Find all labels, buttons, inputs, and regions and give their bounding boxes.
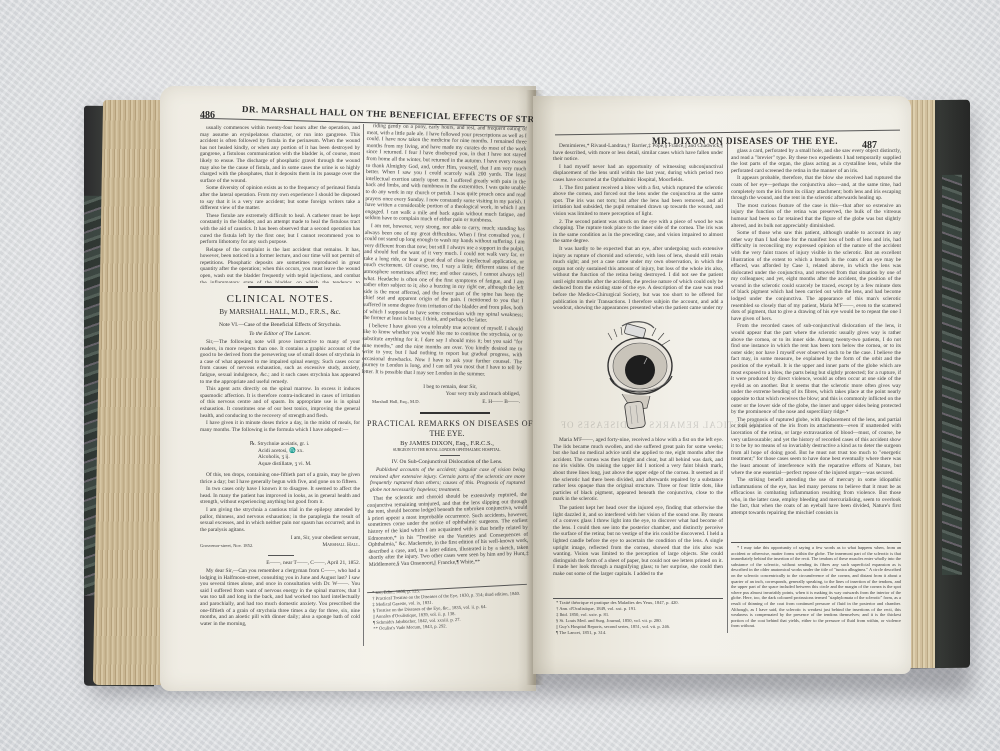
column-divider [727, 143, 728, 633]
left-col2-letter: riding gently on a pony, early hours, an… [362, 123, 527, 381]
formula-line: Alcoholis, ʒ ij. [250, 454, 360, 461]
formula-line: Aquæ distillatæ, ʒ vi. M. [250, 461, 360, 468]
paragraph: The striking benefit attending the use o… [731, 477, 901, 517]
paragraph: Some diversity of opinion exists as to t… [200, 185, 360, 211]
paragraph: I am giving the strychnia a cautious tri… [200, 507, 360, 533]
paragraph: The patient kept her head over the injur… [553, 505, 723, 578]
eye-woodcut-illustration [592, 318, 692, 430]
paragraph: The most curious feature of the case is … [731, 203, 901, 229]
paragraph: riding gently on a pony, early hours, an… [365, 123, 527, 225]
paragraph: The prognosis of ruptured globe, with di… [731, 417, 901, 476]
paragraph: Demimieres,* Rivaud-Landrau,† Barrier,‡ … [553, 143, 723, 163]
paragraph: Relapse of the complaint is the last acc… [200, 247, 360, 283]
column-divider [363, 124, 364, 646]
left-footnotes: * see, Edin., 1806, p. 125. † Practical … [372, 585, 528, 632]
paragraph: usually commences within twenty-four hou… [200, 125, 360, 184]
formula: ℞. Strychniæ aceiatis, gr. i. Acidi acet… [250, 441, 360, 471]
paragraph: I had myself never had an opportunity of… [553, 164, 723, 184]
left-col1-top: usually commences within twenty-four hou… [200, 125, 360, 283]
footnote: ¶ The Lancet, 1851, p. 314. [556, 630, 726, 636]
paragraph: These fistulæ are extremely difficult to… [200, 213, 360, 246]
section-rule [420, 412, 490, 414]
footnote-rule [731, 542, 901, 543]
letter-dateline: E——, near T——, C——, April 21, 1852. [250, 560, 360, 568]
paragraph: I have given it in minute doses thrice a… [200, 420, 360, 433]
formula-line: Acidi acetosi, ♏ xx. [250, 448, 360, 455]
paragraph: 2. The second patient was struck on the … [553, 219, 723, 245]
byline-rule [440, 455, 460, 456]
clinical-notes-byline: By MARSHALL HALL, M.D., F.R.S., &c. [200, 308, 360, 316]
dixon-title-line1: PRACTICAL REMARKS ON DISEASES OF [367, 419, 527, 428]
dixon-affiliation: SURGEON TO THE ROYAL LONDON OPHTHALMIC H… [367, 448, 527, 452]
dixon-body: That the sclerotic and choroid should be… [367, 492, 529, 581]
right-col1-top: Demimieres,* Rivaud-Landrau,† Barrier,‡ … [553, 143, 723, 313]
paragraph: This agent acts directly on the spinal m… [200, 386, 360, 419]
right-col2: glass a card, perforated by a small hole… [731, 148, 901, 538]
right-footnotes: * Traité théorique et pratique des Malad… [556, 600, 726, 636]
paragraph: Maria M'F——, aged forty-nine, received a… [553, 437, 723, 503]
paragraph: Some of those who saw this patient, alth… [731, 230, 901, 322]
paragraph: It appears probable, therefore, that the… [731, 175, 901, 201]
case-text-2: The patient kept her head over the injur… [553, 505, 723, 590]
case-text: Maria M'F——, aged forty-nine, received a… [553, 437, 723, 505]
paragraph: Sir,—The following note will prove instr… [200, 339, 360, 385]
letter-body: My dear Sir,—Can you remember a clergyma… [200, 568, 360, 636]
paragraph: I am not, however, very strong, nor able… [363, 223, 525, 325]
paragraph: I believe I have given you a tolerably t… [362, 323, 523, 379]
section-rule [248, 286, 318, 288]
dixon-byline: By JAMES DIXON, Esq., F.R.C.S., [367, 440, 527, 447]
clinical-notes-body: Sir,—The following note will prove instr… [200, 339, 360, 439]
note-addressee: To the Editor of The Lancet. [200, 331, 360, 337]
formula-line: ℞. Strychniæ aceiatis, gr. i. [250, 441, 360, 448]
right-col2-footnote: * I may take this opportunity of saying … [731, 545, 901, 635]
paragraph: From the recorded cases of sub-conjuncti… [731, 323, 901, 415]
letter-addressee: Marshall Hall, Esq., M.D. [372, 399, 452, 407]
footnote-rule [553, 598, 723, 599]
paragraph: 1. The first patient received a blow wit… [553, 185, 723, 218]
letter-rule [268, 555, 294, 556]
paragraph: glass a card, perforated by a small hole… [731, 148, 901, 174]
clinical-notes-title: CLINICAL NOTES. [200, 293, 360, 305]
byline-rule [265, 318, 295, 319]
paragraph: That the sclerotic and choroid should be… [367, 492, 529, 569]
dixon-abstract: Published accounts of the accident; sing… [370, 467, 525, 494]
paragraph: My dear Sir,—Can you remember a clergyma… [200, 568, 360, 627]
left-page-number: 486 [200, 110, 215, 121]
place-date: Grosvenor-street, Nov. 1852. [200, 543, 280, 551]
dixon-title-line2: THE EYE. [367, 429, 527, 438]
dixon-section: IV. On Sub-Conjunctival Dislocation of t… [367, 459, 527, 465]
paragraph: Of this, ten drops, containing one-fifti… [200, 472, 360, 485]
paragraph: Published accounts of the accident; sing… [370, 467, 525, 493]
signature: Marshall Hall. [290, 542, 360, 550]
paragraph: In two cases only have I known it to dis… [200, 486, 360, 506]
letter-closing2: Your very truly and much obliged, [400, 391, 520, 399]
clinical-notes-body2: Of this, ten drops, containing one-fifti… [200, 472, 360, 534]
paragraph: It was hardly to be expected that an eye… [553, 246, 723, 313]
letter-signature: E. H—— B——. [460, 399, 520, 407]
note-title: Note VI.—Case of the Beneficial Effects … [200, 322, 360, 328]
marbled-cover-right [942, 175, 962, 575]
footnote: * I may take this opportunity of saying … [731, 545, 901, 629]
